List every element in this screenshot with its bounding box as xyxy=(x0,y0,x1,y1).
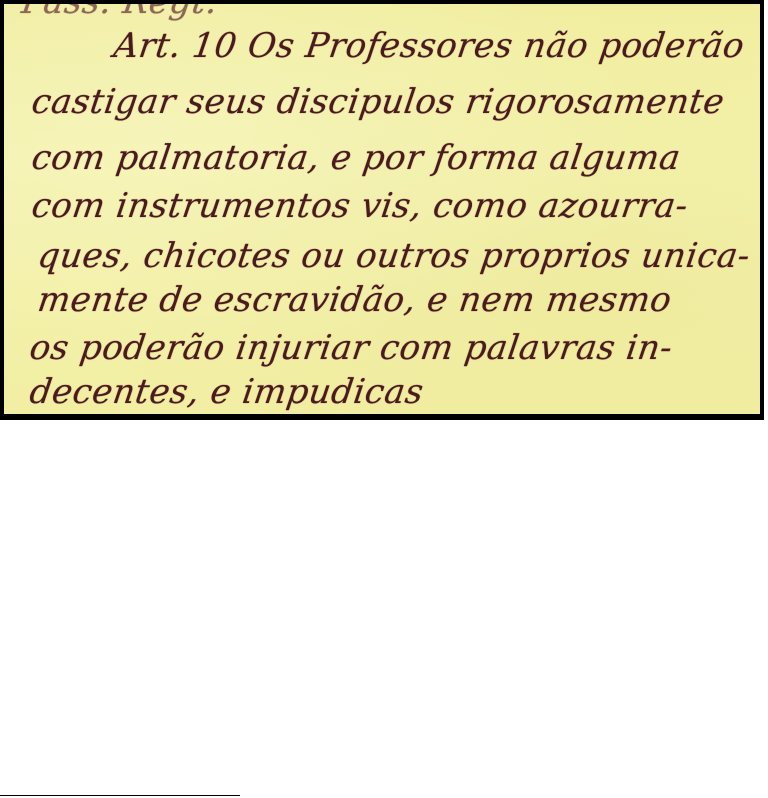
manuscript-line: mente de escravidão, e nem mesmo xyxy=(35,280,674,320)
manuscript-line: decentes, e impudicas xyxy=(27,372,426,412)
manuscript-line: com palmatoria, e por forma alguma xyxy=(29,138,683,178)
manuscript-scan: Pass. Regt. Art. 10 Os Professores não p… xyxy=(0,0,764,420)
footnote-separator xyxy=(0,795,240,796)
manuscript-line: os poderão injuriar com palavras in- xyxy=(27,328,675,368)
manuscript-line: Art. 10 Os Professores não poderão xyxy=(111,26,747,66)
manuscript-line-partial-top: Pass. Regt. xyxy=(19,0,220,22)
manuscript-line: castigar seus discipulos rigorosamente xyxy=(29,82,727,122)
manuscript-line: com instrumentos vis, como azourra- xyxy=(29,186,690,226)
manuscript-line: ques, chicotes ou outros proprios unica- xyxy=(35,236,753,276)
